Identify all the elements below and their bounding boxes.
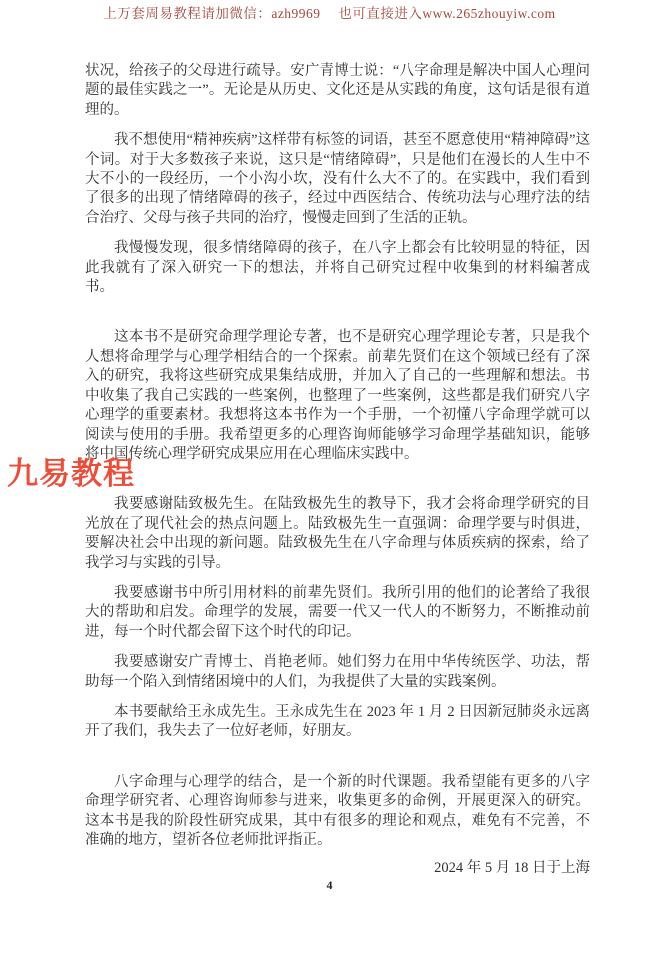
paragraph: 我不想使用“精神疾病”这样带有标签的词语，甚至不愿意使用“精神障碍”这个词。对于… — [85, 131, 590, 228]
date-line: 2024 年 5 月 18 日于上海 — [85, 856, 590, 877]
document-page: 上万套周易教程请加微信：azh9969 也可直接进入www.265zhouyiw… — [0, 0, 659, 965]
paragraph: 我要感谢书中所引用材料的前辈先贤们。我所引用的他们的论著给了我很大的帮助和启发。… — [85, 584, 590, 642]
paragraph: 我要感谢陆致极先生。在陆致极先生的教导下，我才会将命理学研究的目光放在了现代社会… — [85, 495, 590, 573]
page-number: 4 — [0, 878, 659, 893]
promo-text: 上万套周易教程请加微信：azh9969 也可直接进入www.265zhouyiw… — [103, 6, 555, 21]
watermark: 九易教程 — [7, 458, 135, 489]
paragraph: 状况，给孩子的父母进行疏导。安广青博士说：“八字命理是解决中国人心理问题的最佳实… — [85, 62, 590, 120]
document-body: 状况，给孩子的父母进行疏导。安广青博士说：“八字命理是解决中国人心理问题的最佳实… — [85, 62, 590, 850]
paragraph: 本书要献给王永成先生。王永成先生在 2023 年 1 月 2 日因新冠肺炎永远离… — [85, 703, 590, 742]
paragraph: 我要感谢安广青博士、肖艳老师。她们努力在用中华传统医学、功法，帮助每一个陷入到情… — [85, 653, 590, 692]
promo-header: 上万套周易教程请加微信：azh9969 也可直接进入www.265zhouyiw… — [0, 2, 659, 22]
paragraph: 这本书不是研究命理学理论专著，也不是研究心理学理论专著，只是我个人想将命理学与心… — [85, 328, 590, 464]
paragraph: 我慢慢发现，很多情绪障碍的孩子，在八字上都会有比较明显的特征，因此我就有了深入研… — [85, 239, 590, 297]
paragraph: 八字命理与心理学的结合，是一个新的时代课题。我希望能有更多的八字命理学研究者、心… — [85, 773, 590, 851]
